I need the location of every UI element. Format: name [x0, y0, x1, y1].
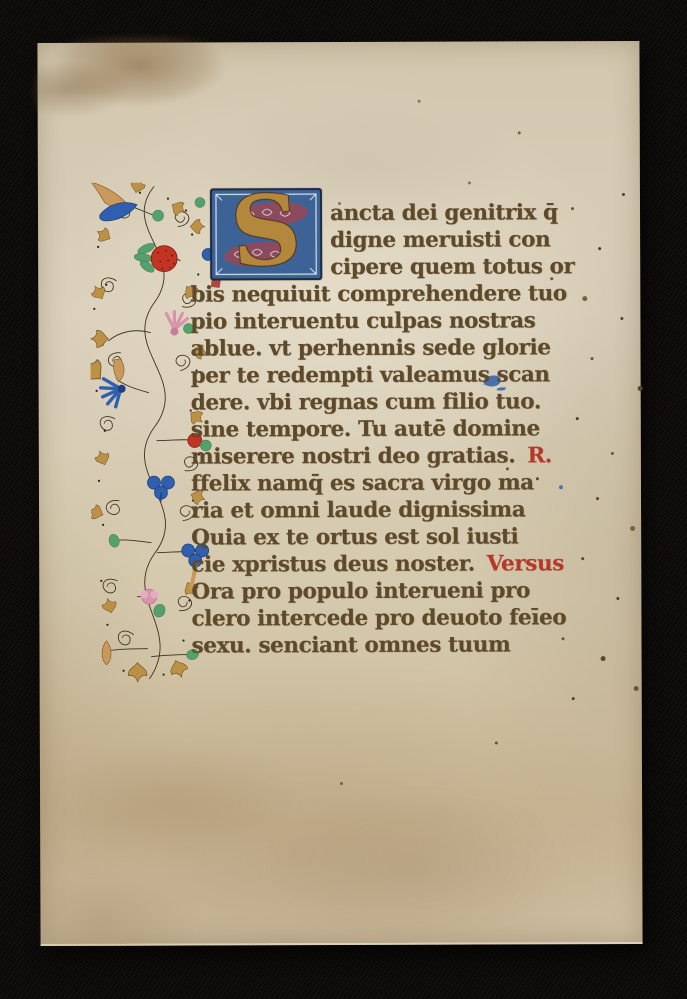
rubric: Versus [487, 551, 564, 576]
green-leaf-icon [152, 603, 167, 619]
line-text: sexu. senciant omnes tuum [191, 632, 510, 658]
text-line: bis nequiuit comprehendere tuo [190, 280, 610, 308]
text-line: sine tempore. Tu autē domine [191, 415, 611, 443]
text-line: pio interuentu culpas nostras [190, 307, 610, 335]
foxing-specks [37, 43, 40, 46]
stain-bottom-mottling [40, 681, 643, 946]
text-line: dere. vbi regnas cum filio tuo. [191, 388, 611, 416]
line-text: sine tempore. Tu autē domine [191, 416, 540, 442]
line-text: cipere quem totus or [330, 254, 574, 280]
stain-top-left [33, 36, 283, 167]
line-text: ffelix namq̄ es sacra virgo ma [191, 470, 534, 496]
pink-blossom-icon [140, 589, 158, 604]
text-line: digne meruisti con [190, 226, 610, 254]
text-line: Quia ex te ortus est sol iusti [191, 523, 611, 551]
line-text: ancta dei genitrix q̄ [330, 200, 558, 226]
line-text: Quia ex te ortus est sol iusti [191, 524, 518, 550]
text-line: per te redempti valeamus scan [191, 361, 611, 389]
text-line: miserere nostri deo gratias.R. [191, 442, 611, 470]
line-text: per te redempti valeamus scan [191, 362, 550, 388]
manuscript-leaf: S ancta dei genitrix q̄ digne meruisti c… [37, 41, 642, 946]
line-text: digne meruisti con [330, 227, 550, 253]
rubric: R. [527, 443, 552, 468]
line-text: ria et omni laude dignissima [191, 497, 525, 523]
text-line: Ora pro populo interueni pro [191, 577, 611, 605]
text-line: clero intercede pro deuoto feīeo [191, 604, 611, 632]
green-leaf-icon [108, 533, 121, 548]
text-line: ablue. vt perhennis sede glorie [190, 334, 610, 362]
line-text: miserere nostri deo gratias. [191, 443, 516, 469]
tan-bud-icon [102, 641, 111, 665]
green-bud-icon [153, 210, 164, 221]
line-text: pio interuentu culpas nostras [190, 308, 535, 334]
line-text: Ora pro populo interueni pro [191, 578, 530, 604]
blue-trefoil-flower-icon [147, 476, 174, 502]
text-line: ffelix namq̄ es sacra virgo ma [191, 469, 611, 497]
line-text: ablue. vt perhennis sede glorie [190, 335, 550, 361]
text-line: ancta dei genitrix q̄ [190, 199, 610, 227]
text-line: cie xpristus deus noster.Versus [191, 550, 611, 578]
text-line: sexu. senciant omnes tuum [191, 631, 611, 659]
text-column: ancta dei genitrix q̄ digne meruisti con… [190, 199, 612, 659]
text-line: cipere quem totus or [190, 253, 610, 281]
blue-crescent-leaf-icon [100, 203, 137, 221]
line-text: clero intercede pro deuoto feīeo [191, 605, 566, 631]
line-text: bis nequiuit comprehendere tuo [190, 281, 567, 307]
text-line: ria et omni laude dignissima [191, 496, 611, 524]
line-text: cie xpristus deus noster. [191, 552, 475, 578]
photo-backdrop: S ancta dei genitrix q̄ digne meruisti c… [0, 0, 687, 999]
line-text: dere. vbi regnas cum filio tuo. [191, 389, 541, 415]
pink-thistle-icon [166, 312, 193, 336]
